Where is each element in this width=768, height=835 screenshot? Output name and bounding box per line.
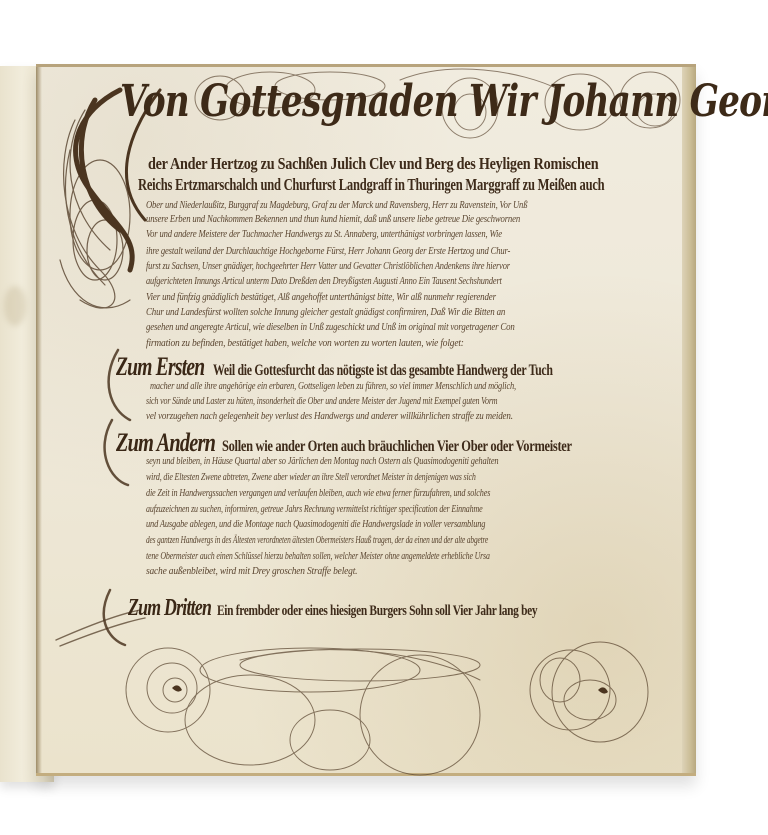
body-line-7: Vier und fünfzig gnädiglich bestätiget, … bbox=[146, 292, 496, 303]
section-1-heading: Zum Ersten bbox=[116, 352, 204, 382]
page-fore-edge bbox=[682, 67, 696, 773]
section-1-line-3: vel vorzugehen nach gelegenheit bey verl… bbox=[146, 411, 513, 422]
section-1-line-2: sich vor Sünde und Laster zu hüten, inso… bbox=[146, 396, 497, 407]
section-1-heading-row: Zum Ersten Weil die Gottesfurcht das nöt… bbox=[116, 352, 672, 382]
header-line-2: Reichs Ertzmarschalch und Churfurst Land… bbox=[138, 175, 604, 195]
section-3-heading-row: Zum Dritten Ein frembder oder eines hies… bbox=[128, 595, 639, 622]
section-2-heading: Zum Andern bbox=[116, 428, 215, 458]
header-line-1: der Ander Hertzog zu Sachßen Julich Clev… bbox=[148, 154, 598, 174]
body-line-1: Ober und Niederlaußitz, Burggraf zu Magd… bbox=[146, 200, 527, 211]
body-line-4: ihre gestalt weiland der Durchlauchtige … bbox=[146, 246, 510, 257]
section-2-opening: Sollen wie ander Orten auch bräuchlichen… bbox=[222, 438, 572, 456]
body-line-5: furst zu Sachsen, Unser gnädiger, hochge… bbox=[146, 261, 510, 272]
body-line-3: Vor und andere Meistere der Tuchmacher H… bbox=[146, 229, 502, 240]
section-3-opening: Ein frembder oder eines hiesigen Burgers… bbox=[217, 603, 537, 620]
section-2-line-1: seyn und bleiben, in Häuse Quartal aber … bbox=[146, 456, 498, 467]
section-2-line-6: des gantzen Handwergs in des Ältesten ve… bbox=[146, 535, 488, 546]
body-line-6: aufgerichteten Innungs Articul unterm Da… bbox=[146, 276, 502, 287]
page-title: Von Gottesgnaden Wir Johann Georg bbox=[120, 76, 768, 127]
section-2-line-7: tene Obermeister auch einen Schlüssel hi… bbox=[146, 551, 490, 562]
section-2-line-8: sache außenbleibet, wird mit Drey grosch… bbox=[146, 566, 357, 577]
page-gutter bbox=[36, 67, 42, 773]
section-3-heading: Zum Dritten bbox=[128, 595, 211, 622]
paper-stain bbox=[4, 286, 26, 326]
section-1-opening: Weil die Gottesfurcht das nötigste ist d… bbox=[213, 362, 553, 380]
body-line-8: Chur und Landesfürst wollten solche Innu… bbox=[146, 307, 505, 318]
body-line-9: gesehen und angeregte Articul, wie diese… bbox=[146, 322, 515, 333]
section-2-heading-row: Zum Andern Sollen wie ander Orten auch b… bbox=[116, 428, 671, 458]
section-2-line-3: die Zeit in Handwergssachen vergangen un… bbox=[146, 488, 490, 499]
section-2-line-4: aufzuzeichnen zu suchen, informiren, get… bbox=[146, 504, 482, 515]
section-2-line-2: wird, die Eltesten Zwene abtreten, Zwene… bbox=[146, 472, 476, 483]
body-line-10: firmation zu befinden, bestätiget haben,… bbox=[146, 338, 464, 349]
section-2-line-5: und Ausgabe ablegen, und die Montage nac… bbox=[146, 519, 485, 530]
section-1-line-1: macher und alle ihre angehörige ein erba… bbox=[150, 381, 516, 392]
body-line-2: unsere Erben und Nachkommen Bekennen und… bbox=[146, 214, 520, 225]
